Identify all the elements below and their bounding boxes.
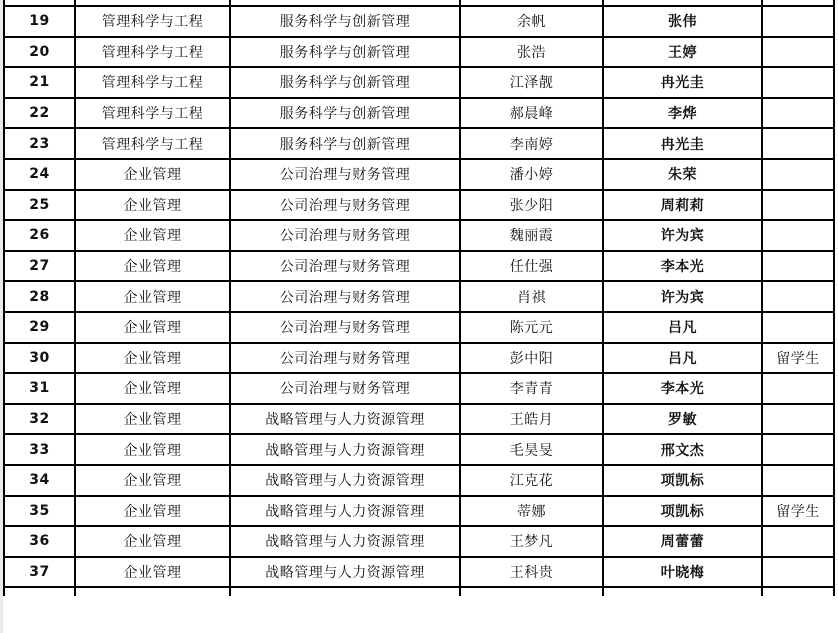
cell-number: 33	[4, 434, 75, 465]
cell-advisor: 张伟	[603, 6, 762, 37]
table-row: 28 企业管理 公司治理与财务管理 肖祺 许为宾	[4, 281, 834, 312]
cell-student: 王科贵	[460, 557, 603, 588]
cell-department: 管理科学与工程	[75, 98, 230, 129]
cell-student: 江泽靓	[460, 67, 603, 98]
cell-note: 留学生	[762, 496, 834, 527]
cell-advisor: 许为宾	[603, 281, 762, 312]
cell-student: 蒂娜	[460, 496, 603, 527]
cell-student: 陈元元	[460, 312, 603, 343]
cell-note	[762, 220, 834, 251]
cell-number: 20	[4, 37, 75, 68]
cell-advisor: 吕凡	[603, 312, 762, 343]
cell-direction: 服务科学与创新管理	[230, 6, 460, 37]
cell-note	[762, 98, 834, 129]
table-row: 32 企业管理 战略管理与人力资源管理 王皓月 罗敏	[4, 404, 834, 435]
cell-student: 肖祺	[460, 281, 603, 312]
cell-direction: 公司治理与财务管理	[230, 281, 460, 312]
cell-direction: 公司治理与财务管理	[230, 220, 460, 251]
cell-student: 毛昊旻	[460, 434, 603, 465]
table-row: 27 企业管理 公司治理与财务管理 任仕强 李本光	[4, 251, 834, 282]
cell-direction: 战略管理与人力资源管理	[230, 434, 460, 465]
table-row: 24 企业管理 公司治理与财务管理 潘小婷 朱荣	[4, 159, 834, 190]
cell-note	[762, 251, 834, 282]
cell-student: 李青青	[460, 373, 603, 404]
document-viewport: 19 管理科学与工程 服务科学与创新管理 余帆 张伟 20 管理科学与工程 服务…	[0, 0, 838, 633]
cell-number: 23	[4, 128, 75, 159]
cell-direction: 公司治理与财务管理	[230, 159, 460, 190]
cell-direction: 服务科学与创新管理	[230, 67, 460, 98]
table-row: 23 管理科学与工程 服务科学与创新管理 李南婷 冉光圭	[4, 128, 834, 159]
cell-advisor: 罗敏	[603, 404, 762, 435]
cell-advisor: 叶晓梅	[603, 557, 762, 588]
cell-department: 企业管理	[75, 434, 230, 465]
cell-number: 35	[4, 496, 75, 527]
table-row: 21 管理科学与工程 服务科学与创新管理 江泽靓 冉光圭	[4, 67, 834, 98]
cell-advisor: 朱荣	[603, 159, 762, 190]
cell-department: 企业管理	[75, 159, 230, 190]
cell-direction: 战略管理与人力资源管理	[230, 465, 460, 496]
cell-student: 郝晨峰	[460, 98, 603, 129]
cell-number: 19	[4, 6, 75, 37]
cell-department: 企业管理	[75, 404, 230, 435]
cell-advisor: 邢文杰	[603, 434, 762, 465]
table-row: 33 企业管理 战略管理与人力资源管理 毛昊旻 邢文杰	[4, 434, 834, 465]
table-row: 20 管理科学与工程 服务科学与创新管理 张浩 王婷	[4, 37, 834, 68]
cell-number: 36	[4, 526, 75, 557]
cell-direction: 战略管理与人力资源管理	[230, 526, 460, 557]
cell-advisor: 周莉莉	[603, 190, 762, 221]
cell-direction: 公司治理与财务管理	[230, 373, 460, 404]
cell-direction: 公司治理与财务管理	[230, 312, 460, 343]
cell-direction: 公司治理与财务管理	[230, 343, 460, 374]
table-row: 29 企业管理 公司治理与财务管理 陈元元 吕凡	[4, 312, 834, 343]
cell-note	[762, 526, 834, 557]
cell-advisor	[603, 587, 762, 596]
cell-department: 企业管理	[75, 465, 230, 496]
cell-direction: 公司治理与财务管理	[230, 190, 460, 221]
cell-number: 27	[4, 251, 75, 282]
cell-advisor: 周蕾蕾	[603, 526, 762, 557]
cell-note	[762, 404, 834, 435]
cell-student: 任仕强	[460, 251, 603, 282]
cell-department	[75, 587, 230, 596]
table-row: 31 企业管理 公司治理与财务管理 李青青 李本光	[4, 373, 834, 404]
cell-advisor: 冉光圭	[603, 128, 762, 159]
cell-department: 企业管理	[75, 312, 230, 343]
cell-number: 31	[4, 373, 75, 404]
cell-advisor: 许为宾	[603, 220, 762, 251]
cell-note	[762, 6, 834, 37]
cell-direction: 战略管理与人力资源管理	[230, 557, 460, 588]
student-advisor-table: 19 管理科学与工程 服务科学与创新管理 余帆 张伟 20 管理科学与工程 服务…	[3, 0, 835, 596]
cell-department: 企业管理	[75, 557, 230, 588]
cell-advisor: 项凯标	[603, 496, 762, 527]
cell-number: 30	[4, 343, 75, 374]
cell-department: 管理科学与工程	[75, 6, 230, 37]
cell-number: 32	[4, 404, 75, 435]
table-row: 25 企业管理 公司治理与财务管理 张少阳 周莉莉	[4, 190, 834, 221]
cell-note	[762, 465, 834, 496]
cell-advisor: 项凯标	[603, 465, 762, 496]
cell-note	[762, 67, 834, 98]
cell-student: 王皓月	[460, 404, 603, 435]
cell-number	[4, 587, 75, 596]
cell-advisor: 李烨	[603, 98, 762, 129]
cell-department: 企业管理	[75, 496, 230, 527]
table-row: 35 企业管理 战略管理与人力资源管理 蒂娜 项凯标 留学生	[4, 496, 834, 527]
cell-note	[762, 434, 834, 465]
cell-direction: 服务科学与创新管理	[230, 37, 460, 68]
table-row: 34 企业管理 战略管理与人力资源管理 江克花 项凯标	[4, 465, 834, 496]
cell-direction	[230, 587, 460, 596]
table-row: 37 企业管理 战略管理与人力资源管理 王科贵 叶晓梅	[4, 557, 834, 588]
cell-note	[762, 190, 834, 221]
cell-department: 企业管理	[75, 343, 230, 374]
cell-student	[460, 587, 603, 596]
table-body: 19 管理科学与工程 服务科学与创新管理 余帆 张伟 20 管理科学与工程 服务…	[4, 0, 834, 587]
cell-number: 26	[4, 220, 75, 251]
table-row: 36 企业管理 战略管理与人力资源管理 王梦凡 周蕾蕾	[4, 526, 834, 557]
cell-department: 管理科学与工程	[75, 67, 230, 98]
cell-student: 李南婷	[460, 128, 603, 159]
cell-note	[762, 557, 834, 588]
cell-department: 企业管理	[75, 220, 230, 251]
cell-advisor: 李本光	[603, 251, 762, 282]
cell-note: 留学生	[762, 343, 834, 374]
cell-note	[762, 373, 834, 404]
cell-direction: 战略管理与人力资源管理	[230, 496, 460, 527]
cell-number: 24	[4, 159, 75, 190]
cell-department: 企业管理	[75, 373, 230, 404]
cell-note	[762, 587, 834, 596]
cell-number: 22	[4, 98, 75, 129]
cell-note	[762, 281, 834, 312]
cell-number: 29	[4, 312, 75, 343]
cell-department: 管理科学与工程	[75, 128, 230, 159]
cell-student: 王梦凡	[460, 526, 603, 557]
cell-advisor: 吕凡	[603, 343, 762, 374]
cell-advisor: 王婷	[603, 37, 762, 68]
cell-number: 37	[4, 557, 75, 588]
cell-direction: 公司治理与财务管理	[230, 251, 460, 282]
cell-direction: 服务科学与创新管理	[230, 128, 460, 159]
clipped-row-below	[4, 587, 834, 596]
table-row: 26 企业管理 公司治理与财务管理 魏丽霞 许为宾	[4, 220, 834, 251]
cell-student: 江克花	[460, 465, 603, 496]
cell-number: 21	[4, 67, 75, 98]
cell-direction: 战略管理与人力资源管理	[230, 404, 460, 435]
cell-direction: 服务科学与创新管理	[230, 98, 460, 129]
cell-number: 25	[4, 190, 75, 221]
cell-department: 企业管理	[75, 281, 230, 312]
cell-department: 企业管理	[75, 251, 230, 282]
table-row: 19 管理科学与工程 服务科学与创新管理 余帆 张伟	[4, 6, 834, 37]
cell-note	[762, 159, 834, 190]
cell-student: 余帆	[460, 6, 603, 37]
cell-department: 企业管理	[75, 190, 230, 221]
cell-number: 28	[4, 281, 75, 312]
cell-number: 34	[4, 465, 75, 496]
cell-student: 潘小婷	[460, 159, 603, 190]
cell-advisor: 冉光圭	[603, 67, 762, 98]
cell-advisor: 李本光	[603, 373, 762, 404]
cell-student: 魏丽霞	[460, 220, 603, 251]
cell-student: 张浩	[460, 37, 603, 68]
cell-department: 管理科学与工程	[75, 37, 230, 68]
table-row: 30 企业管理 公司治理与财务管理 彭中阳 吕凡 留学生	[4, 343, 834, 374]
cell-student: 张少阳	[460, 190, 603, 221]
cell-student: 彭中阳	[460, 343, 603, 374]
cell-department: 企业管理	[75, 526, 230, 557]
cell-note	[762, 128, 834, 159]
cell-note	[762, 312, 834, 343]
table-row: 22 管理科学与工程 服务科学与创新管理 郝晨峰 李烨	[4, 98, 834, 129]
cell-note	[762, 37, 834, 68]
